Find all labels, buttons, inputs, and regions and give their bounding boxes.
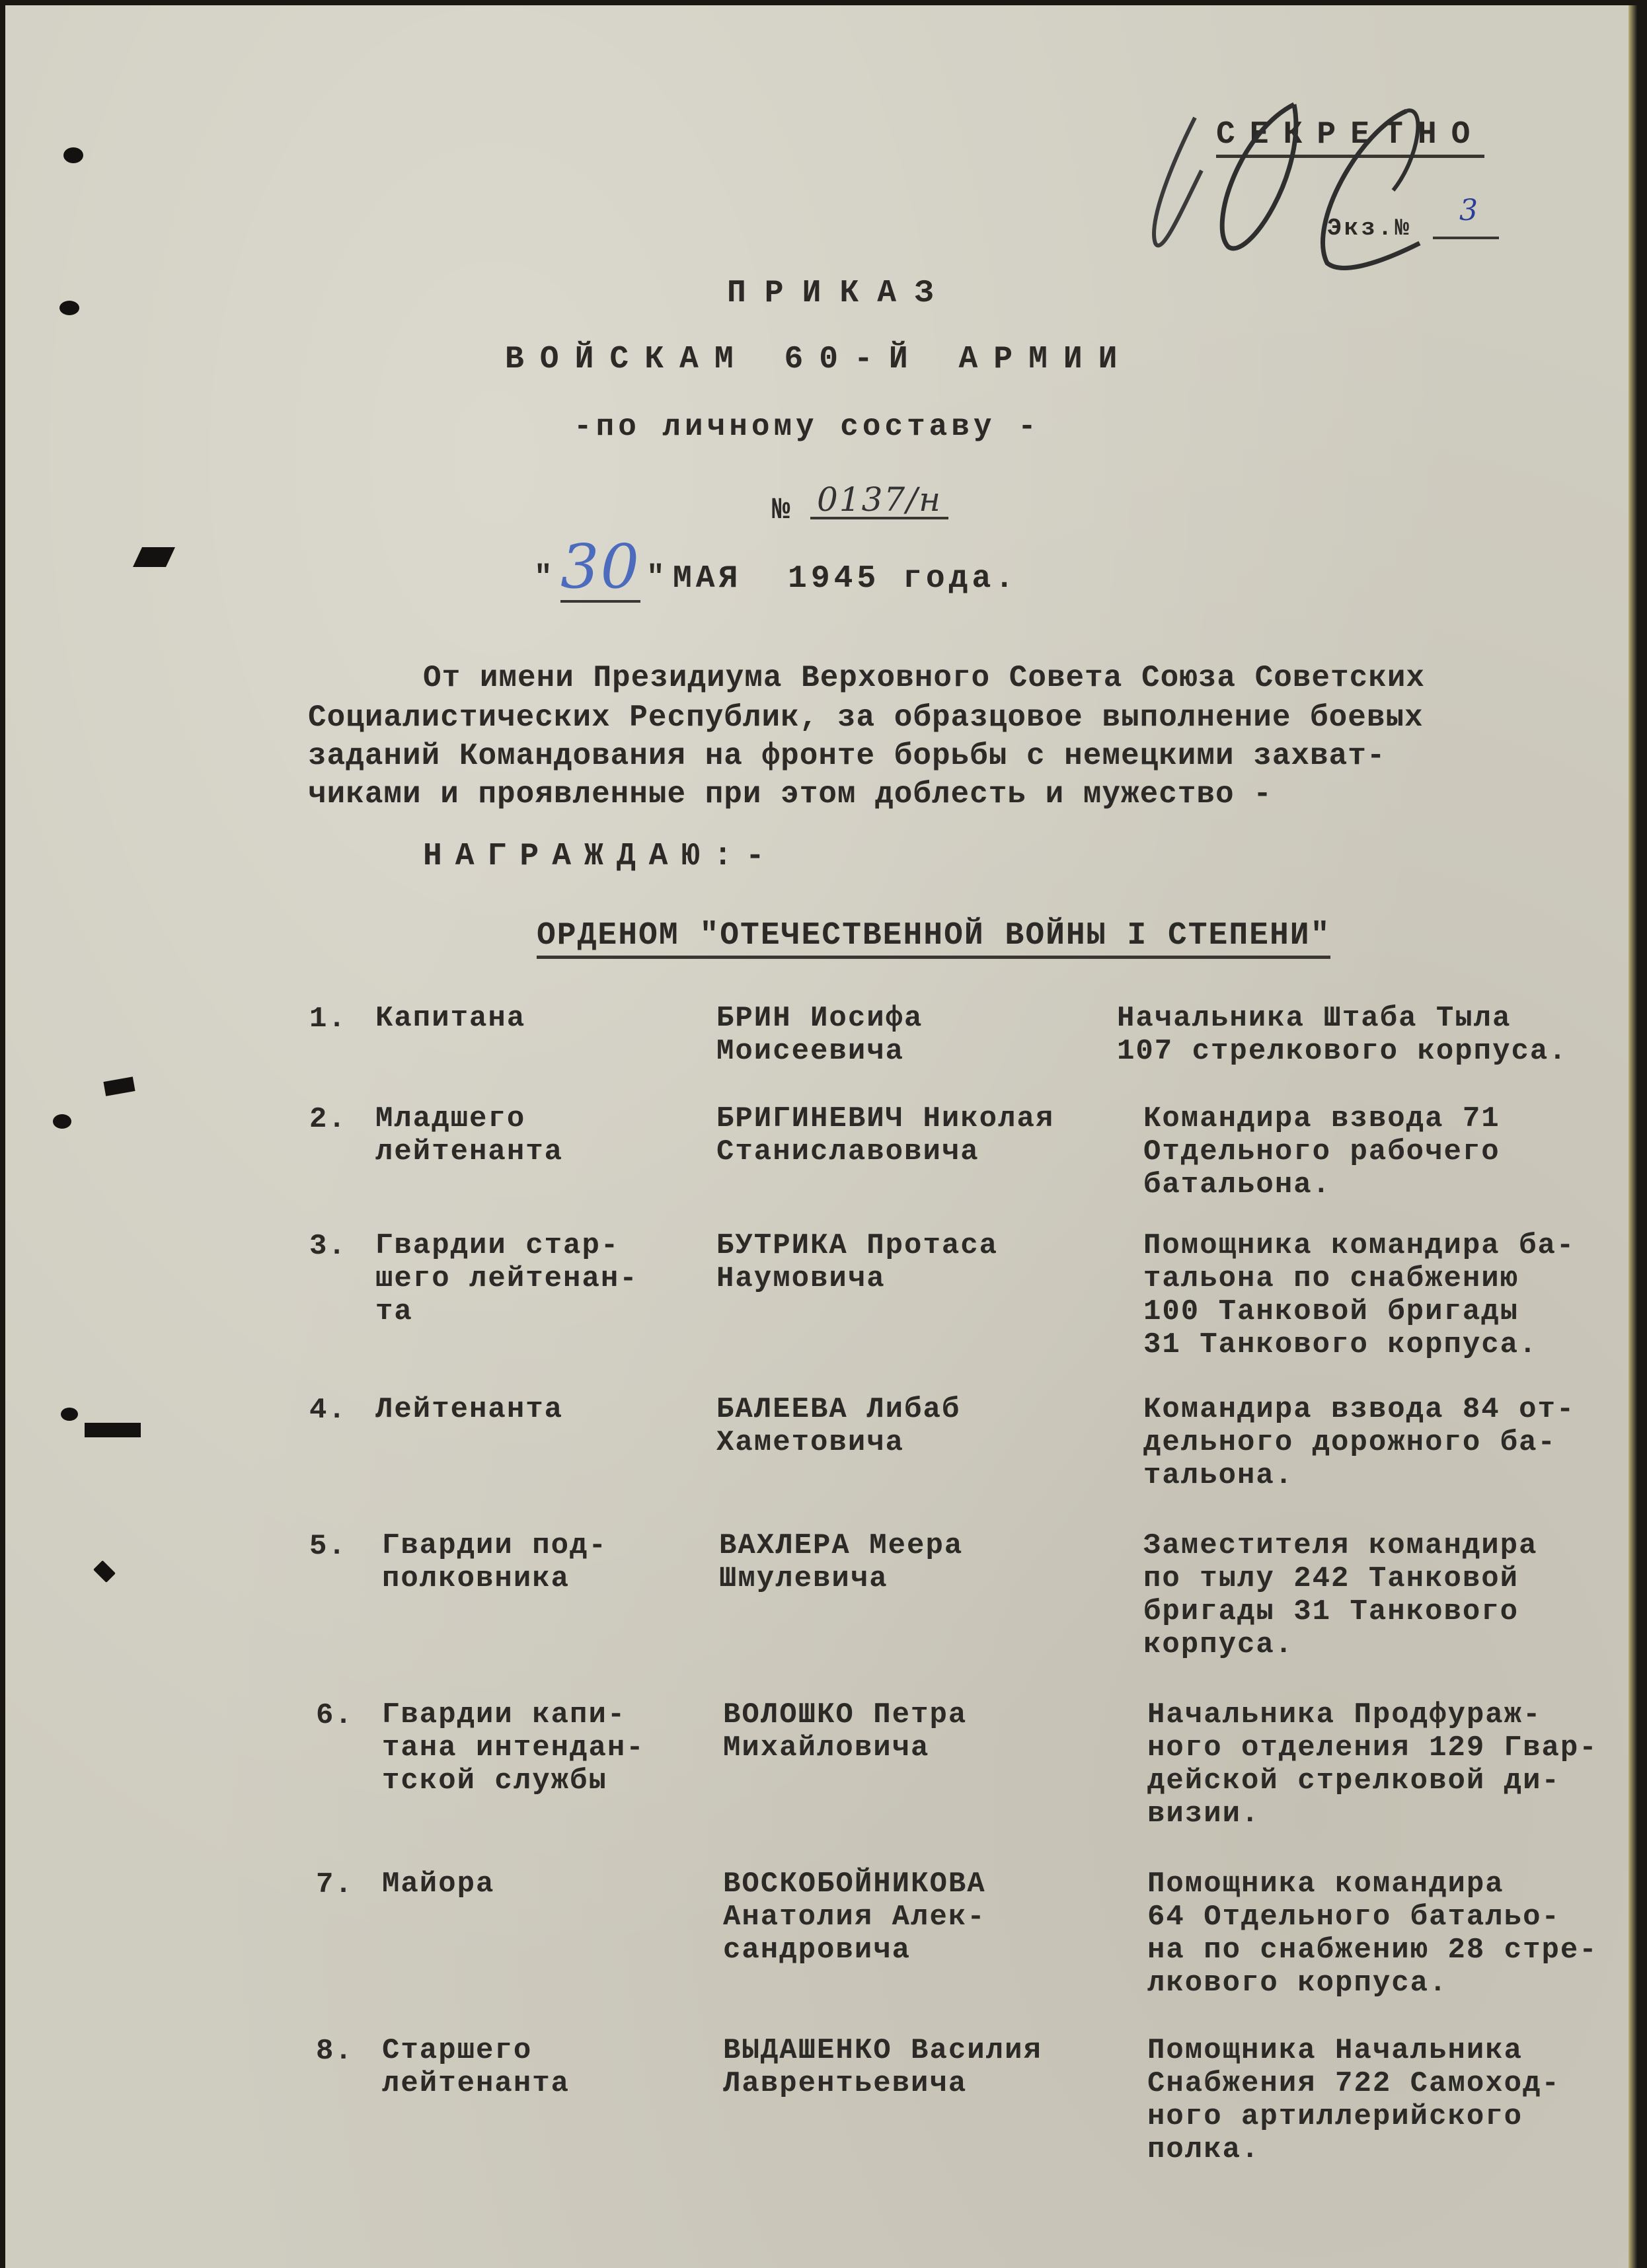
entry-name: БАЛЕЕВА Либаб Хаметовича [716, 1393, 1120, 1459]
entry-name: ВОСКОБОЙНИКОВА Анатолия Алек- сандровича [723, 1868, 1126, 1967]
punch-hole [59, 301, 79, 315]
entry-number: 8. [316, 2034, 356, 2068]
order-title: ПРИКАЗ [727, 276, 952, 311]
paper-tear [133, 547, 175, 567]
entry-position: Командира взвода 84 от- дельного дорожно… [1143, 1393, 1647, 1492]
entry-position: Заместителя командира по тылу 242 Танков… [1143, 1529, 1647, 1661]
entry-name: БУТРИКА Протаса Наумовича [716, 1229, 1120, 1295]
signature-icon [1142, 91, 1486, 283]
entry-position: Начальника Продфураж- ного отделения 129… [1147, 1698, 1647, 1831]
entry-number: 1. [309, 1002, 349, 1036]
preamble-line-2: Социалистических Республик, за образцово… [308, 700, 1424, 735]
entry-rank: Гвардии стар- шего лейтенан- та [375, 1229, 666, 1328]
date-month-year: МАЯ 1945 года. [673, 562, 1018, 596]
date-close-quote: " [646, 560, 666, 595]
entry-position: Начальника Штаба Тыла 107 стрелкового ко… [1117, 1002, 1646, 1068]
entry-position: Помощника командира 64 Отдельного баталь… [1147, 1868, 1647, 2000]
entry-number: 3. [309, 1229, 349, 1264]
document-page: СЕКРЕТНО Экз.№ 3 ПРИКАЗ ВОЙСКАМ 60-Й АРМ… [5, 5, 1638, 2268]
order-number-prefix: № [772, 493, 792, 527]
entry-number: 2. [309, 1102, 349, 1137]
preamble-line-4: чиками и проявленные при этом доблесть и… [308, 777, 1272, 812]
date-open-quote: " [534, 560, 554, 595]
entry-position: Командира взвода 71 Отдельного рабочего … [1143, 1102, 1647, 1201]
punch-hole [61, 1408, 78, 1421]
entry-rank: Гвардии под- полковника [382, 1529, 673, 1595]
date-day: 30 [560, 534, 640, 603]
entry-number: 7. [316, 1868, 356, 1902]
entry-position: Помощника Начальника Снабжения 722 Самох… [1147, 2034, 1647, 2166]
preamble-line-3: заданий Командования на фронте борьбы с … [308, 739, 1385, 773]
award-verb: НАГРАЖДАЮ:- [423, 839, 778, 874]
paper-tear [85, 1423, 141, 1437]
subtitle: -по личному составу - [574, 410, 1040, 444]
preamble-line-1: От имени Президиума Верховного Совета Со… [423, 661, 1425, 695]
order-number-value: 0137/н [810, 482, 948, 519]
entry-name: БРИН Иосифа Моисеевича [716, 1002, 1120, 1068]
entry-name: ВЫДАШЕНКО Василия Лаврентьевича [723, 2034, 1126, 2100]
entry-name: ВАХЛЕРА Меера Шмулевича [719, 1529, 1122, 1595]
entry-rank: Майора [382, 1868, 673, 1901]
entry-rank: Младшего лейтенанта [375, 1102, 666, 1168]
entry-number: 4. [309, 1393, 349, 1427]
entry-rank: Капитана [375, 1002, 666, 1035]
army-title: ВОЙСКАМ 60-Й АРМИИ [505, 342, 1133, 377]
punch-hole [53, 1114, 71, 1129]
entry-position: Помощника командира ба- тальона по снабж… [1143, 1229, 1647, 1361]
punch-hole [63, 147, 83, 163]
entry-name: БРИГИНЕВИЧ Николая Станиславовича [716, 1102, 1120, 1168]
punch-hole [93, 1560, 116, 1583]
entry-name: ВОЛОШКО Петра Михайловича [723, 1698, 1126, 1764]
entry-number: 6. [316, 1698, 356, 1733]
entry-rank: Старшего лейтенанта [382, 2034, 673, 2100]
entry-rank: Гвардии капи- тана интендан- тской служб… [382, 1698, 673, 1797]
entry-rank: Лейтенанта [375, 1393, 666, 1426]
paper-tear [103, 1077, 135, 1096]
award-title: ОРДЕНОМ "ОТЕЧЕСТВЕННОЙ ВОЙНЫ I СТЕПЕНИ" [537, 919, 1330, 959]
entry-number: 5. [309, 1529, 349, 1564]
